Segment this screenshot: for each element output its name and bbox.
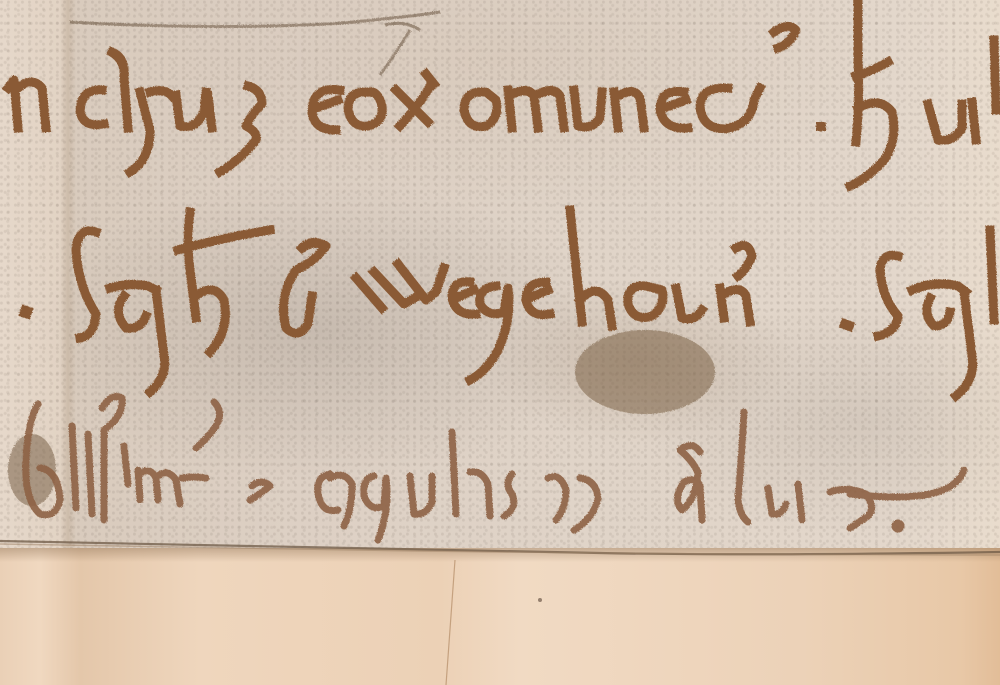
line-1-ink <box>8 0 996 186</box>
handwriting-layer <box>0 0 1000 685</box>
ink-stain <box>575 330 715 414</box>
line-2-ink <box>18 210 994 396</box>
line-3-ink <box>26 396 964 540</box>
parchment-crack <box>446 560 455 685</box>
manuscript-photo: n clrus eox conuenc. h ui . Soph d Weges… <box>0 0 1000 685</box>
